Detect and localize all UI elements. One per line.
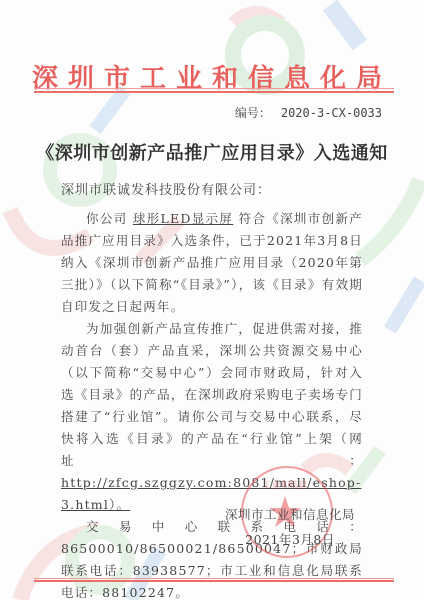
svg-text:工业和信息: 工业和信息	[262, 479, 308, 491]
p1-prefix: 你公司	[86, 211, 133, 226]
signature-issuer: 深圳市工业和信息化局	[180, 505, 400, 523]
footer-rule-thin	[34, 578, 394, 579]
header-rule-thin	[34, 88, 394, 89]
product-name: 球形LED显示屏	[133, 211, 233, 226]
p1-rest: 符合《深圳市创新产品推广应用目录》入选条件，已于2021年3月8日纳入《深圳市创…	[61, 211, 363, 314]
document-number: 编号：2020-3-CX-0033	[235, 104, 382, 121]
p2-text: 为加强创新产品宣传推广，促进供需对接，推动首台（套）产品直采，深圳公共资源交易中…	[61, 321, 363, 468]
document-number-label: 编号：	[235, 106, 271, 120]
issuer-header: 深圳市工业和信息化局	[0, 58, 424, 95]
paragraph-1: 你公司 球形LED显示屏 符合《深圳市创新产品推广应用目录》入选条件，已于202…	[61, 208, 363, 318]
header-rule-thick	[34, 91, 394, 93]
addressee: 深圳市联诚发科技股份有限公司：	[61, 179, 271, 198]
notice-title: 《深圳市创新产品推广应用目录》入选通知	[0, 139, 424, 165]
footer-rule-thick	[34, 580, 394, 582]
document-number-value: 2020-3-CX-0033	[281, 106, 382, 120]
signature-date: 2021年3月8日	[180, 530, 400, 548]
